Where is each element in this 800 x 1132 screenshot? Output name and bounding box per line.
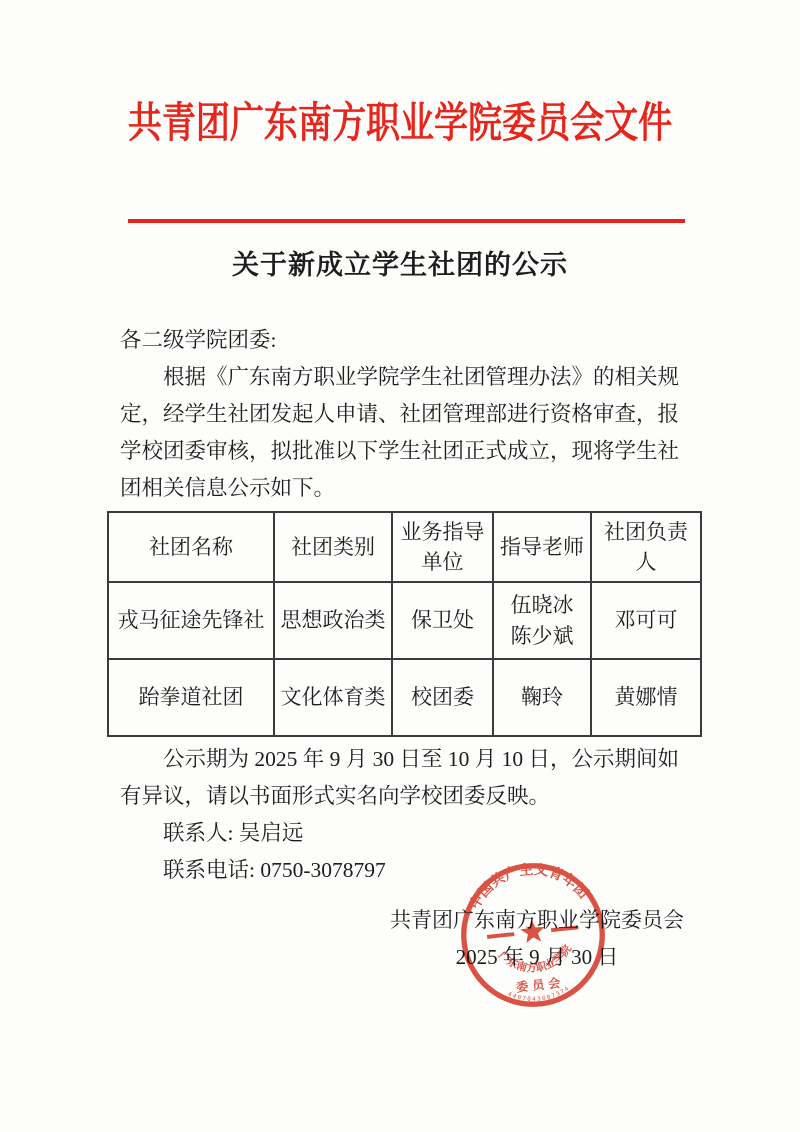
cell-club-leader: 黄娜情 (591, 659, 701, 736)
table-row: 跆拳道社团 文化体育类 校团委 鞠玲 黄娜情 (108, 659, 701, 736)
cell-club-leader: 邓可可 (591, 582, 701, 659)
clubs-table: 社团名称 社团类别 业务指导 单位 指导老师 社团负责人 戎马征途先锋社 思想政… (107, 511, 702, 737)
document-body: 各二级学院团委: 根据《广东南方职业学院学生社团管理办法》的相关规定，经学生社团… (120, 322, 692, 889)
cell-guiding-unit: 校团委 (392, 659, 493, 736)
paragraph-intro: 根据《广东南方职业学院学生社团管理办法》的相关规定，经学生社团发起人申请、社团管… (120, 359, 692, 507)
red-divider-rule (128, 219, 685, 223)
seal-school-arc-text: 广东南方职业学院 (494, 941, 576, 979)
contact-person: 联系人: 吴启远 (120, 815, 692, 852)
table-row: 戎马征途先锋社 思想政治类 保卫处 伍晓冰 陈少斌 邓可可 (108, 582, 701, 659)
cell-club-name: 跆拳道社团 (108, 659, 274, 736)
table-header-row: 社团名称 社团类别 业务指导 单位 指导老师 社团负责人 (108, 512, 701, 582)
cell-guiding-unit: 保卫处 (392, 582, 493, 659)
document-title: 关于新成立学生社团的公示 (0, 243, 800, 282)
col-header-advisor: 指导老师 (493, 512, 591, 582)
col-header-guiding-unit: 业务指导 单位 (392, 512, 493, 582)
seal-committee-text: 委员会 (515, 975, 565, 995)
col-header-club-name: 社团名称 (108, 512, 274, 582)
cell-club-category: 思想政治类 (274, 582, 392, 659)
document-page: 共青团广东南方职业学院委员会文件 关于新成立学生社团的公示 各二级学院团委: 根… (0, 0, 800, 1132)
cell-advisor: 伍晓冰 陈少斌 (493, 582, 591, 659)
cell-advisor: 鞠玲 (493, 659, 591, 736)
col-header-club-category: 社团类别 (274, 512, 392, 582)
salutation: 各二级学院团委: (120, 322, 692, 359)
official-seal: 中国共产主义青年团 广东南方职业学院 委员会 4407043007374 (447, 849, 618, 1020)
seal-outer-arc-text: 中国共产主义青年团 (462, 855, 593, 914)
cell-club-category: 文化体育类 (274, 659, 392, 736)
star-icon (486, 915, 580, 947)
red-header-org-title: 共青团广东南方职业学院委员会文件 (76, 90, 724, 150)
paragraph-publicity-period: 公示期为 2025 年 9 月 30 日至 10 月 10 日，公示期间如有异议… (120, 741, 692, 815)
col-header-club-leader: 社团负责人 (591, 512, 701, 582)
contact-phone: 联系电话: 0750-3078797 (120, 852, 692, 889)
cell-club-name: 戎马征途先锋社 (108, 582, 274, 659)
